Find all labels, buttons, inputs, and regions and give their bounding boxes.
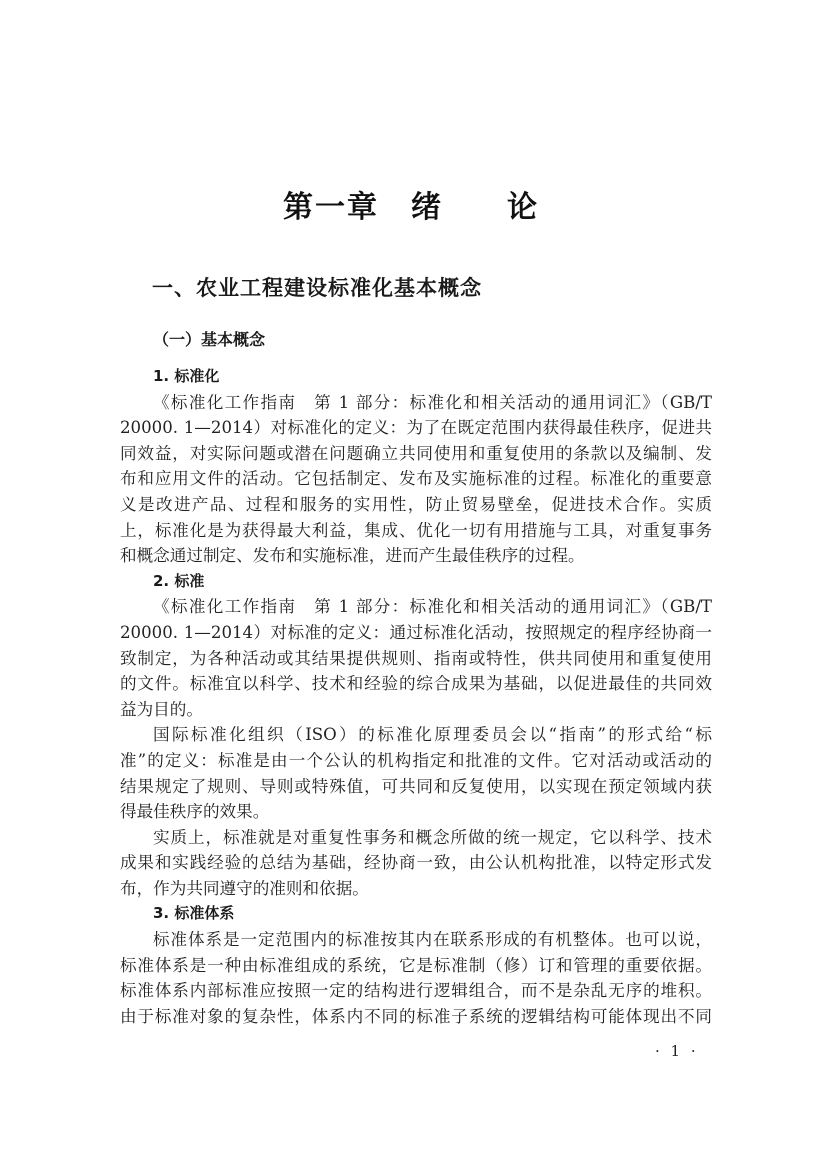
paragraph-line: 准”的定义：标准是由一个公认的机构指定和批准的文件。它对活动或活动的	[120, 748, 712, 774]
paragraph-line: 义是改进产品、过程和服务的实用性，防止贸易壁垒，促进技术合作。实质	[120, 492, 712, 518]
item-heading-standard-system: 3. 标准体系	[120, 901, 712, 927]
paragraph-line: 的文件。标准宜以科学、技术和经验的综合成果为基础，以促进最佳的共同效	[120, 671, 712, 697]
paragraph-line: 和概念通过制定、发布和实施标准，进而产生最佳秩序的过程。	[120, 543, 712, 569]
paragraph-line: 20000. 1—2014）对标准的定义：通过标准化活动，按照规定的程序经协商一	[120, 620, 712, 646]
body-text: 1. 标准化 《标准化工作指南 第 1 部分：标准化和相关活动的通用词汇》（GB…	[120, 364, 712, 1029]
paragraph-line: 《标准化工作指南 第 1 部分：标准化和相关活动的通用词汇》（GB/T	[120, 390, 712, 416]
paragraph-line: 国际标准化组织（ISO）的标准化原理委员会以“指南”的形式给“标	[120, 722, 712, 748]
paragraph-line: 上，标准化是为获得最大利益，集成、优化一切有用措施与工具，对重复事务	[120, 518, 712, 544]
paragraph-line: 结果规定了规则、导则或特殊值，可共同和反复使用，以实现在预定领域内获	[120, 774, 712, 800]
paragraph-line: 20000. 1—2014）对标准化的定义：为了在既定范围内获得最佳秩序，促进共	[120, 415, 712, 441]
section-title: 一、农业工程建设标准化基本概念	[152, 272, 482, 302]
document-page: 第一章 绪 论 一、农业工程建设标准化基本概念 （一）基本概念 1. 标准化 《…	[0, 0, 822, 1150]
chapter-title: 第一章 绪 论	[0, 182, 822, 226]
paragraph-line: 得最佳秩序的效果。	[120, 799, 712, 825]
paragraph-line: 同效益，对实际问题或潜在问题确立共同使用和重复使用的条款以及编制、发	[120, 441, 712, 467]
paragraph-line: 标准体系内部标准应按照一定的结构进行逻辑组合，而不是杂乱无序的堆积。	[120, 978, 712, 1004]
paragraph-line: 标准体系是一种由标准组成的系统，它是标准制（修）订和管理的重要依据。	[120, 953, 712, 979]
subsection-title: （一）基本概念	[153, 327, 265, 350]
paragraph-line: 《标准化工作指南 第 1 部分：标准化和相关活动的通用词汇》（GB/T	[120, 594, 712, 620]
paragraph-line: 标准体系是一定范围内的标准按其内在联系形成的有机整体。也可以说，	[120, 927, 712, 953]
paragraph-line: 由于标准对象的复杂性，体系内不同的标准子系统的逻辑结构可能体现出不同	[120, 1004, 712, 1030]
page-number: · 1 ·	[655, 1042, 699, 1060]
paragraph-line: 致制定，为各种活动或其结果提供规则、指南或特性，供共同使用和重复使用	[120, 646, 712, 672]
paragraph-line: 布，作为共同遵守的准则和依据。	[120, 876, 712, 902]
item-heading-standardization: 1. 标准化	[120, 364, 712, 390]
paragraph-line: 实质上，标准就是对重复性事务和概念所做的统一规定，它以科学、技术	[120, 825, 712, 851]
paragraph-line: 益为目的。	[120, 697, 712, 723]
paragraph-line: 布和应用文件的活动。它包括制定、发布及实施标准的过程。标准化的重要意	[120, 466, 712, 492]
item-heading-standard: 2. 标准	[120, 569, 712, 595]
paragraph-line: 成果和实践经验的总结为基础，经协商一致，由公认机构批准，以特定形式发	[120, 850, 712, 876]
